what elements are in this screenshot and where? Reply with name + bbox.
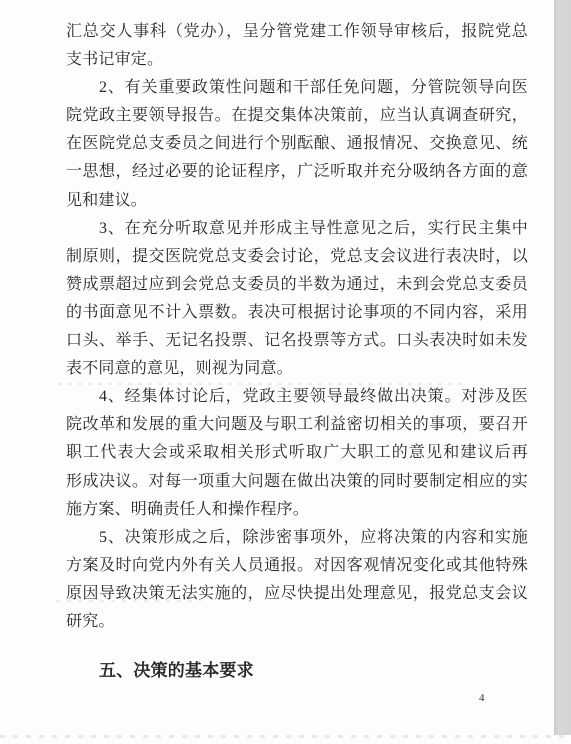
text-line: 方案及时向党内外有关人员通报。对因客观情况变化或其他特殊 bbox=[66, 552, 528, 580]
text-line: 施方案、明确责任人和操作程序。 bbox=[66, 496, 528, 524]
text-line: 支书记审定。 bbox=[66, 46, 528, 74]
text-line: 4、经集体讨论后，党政主要领导最终做出决策。对涉及医 bbox=[66, 383, 528, 411]
page-number: 4 bbox=[479, 692, 485, 704]
text-line: 制原则，提交医院党总支委会讨论，党总支会议进行表决时，以 bbox=[66, 243, 528, 271]
document-page: 汇总交人事科（党办），呈分管党建工作领导审核后，报院党总支书记审定。2、有关重要… bbox=[0, 0, 571, 744]
text-line: 院改革和发展的重大问题及与职工利益密切相关的事项，要召开 bbox=[66, 411, 528, 439]
text-line: 原因导致决策无法实施的，应尽快提出处理意见，报党总支会议 bbox=[66, 580, 528, 608]
text-line: 研究。 bbox=[66, 608, 528, 636]
text-line: 的书面意见不计入票数。表决可根据讨论事项的不同内容，采用 bbox=[66, 299, 528, 327]
text-line: 口头、举手、无记名投票、记名投票等方式。口头表决时如未发 bbox=[66, 327, 528, 355]
scan-noise-line bbox=[58, 383, 466, 385]
text-line: 见和建议。 bbox=[66, 187, 528, 215]
scan-edge-right bbox=[554, 0, 571, 735]
scan-noise-line bbox=[56, 600, 201, 602]
text-line: 形成决议。对每一项重大问题在做出决策的同时要制定相应的实 bbox=[66, 468, 528, 496]
text-line: 赞成票超过应到会党总支委员的半数为通过，未到会党总支委员 bbox=[66, 271, 528, 299]
scan-edge-bottom bbox=[0, 735, 571, 738]
text-line: 5、决策形成之后，除涉密事项外，应将决策的内容和实施 bbox=[66, 524, 528, 552]
text-line: 3、在充分听取意见并形成主导性意见之后，实行民主集中 bbox=[66, 215, 528, 243]
section-heading: 五、决策的基本要求 bbox=[66, 657, 528, 685]
text-line: 职工代表大会或采取相关形式听取广大职工的意见和建议后再 bbox=[66, 439, 528, 467]
text-line: 汇总交人事科（党办），呈分管党建工作领导审核后，报院党总 bbox=[66, 18, 528, 46]
text-line: 在医院党总支委员之间进行个别酝酿、通报情况、交换意见、统 bbox=[66, 130, 528, 158]
text-line: 院党政主要领导报告。在提交集体决策前，应当认真调查研究， bbox=[66, 102, 528, 130]
text-line: 表不同意的意见，则视为同意。 bbox=[66, 355, 528, 383]
text-line: 2、有关重要政策性问题和干部任免问题，分管院领导向医 bbox=[66, 74, 528, 102]
text-line: 一思想，经过必要的论证程序，广泛听取并充分吸纳各方面的意 bbox=[66, 158, 528, 186]
text-block: 汇总交人事科（党办），呈分管党建工作领导审核后，报院党总支书记审定。2、有关重要… bbox=[66, 18, 528, 685]
